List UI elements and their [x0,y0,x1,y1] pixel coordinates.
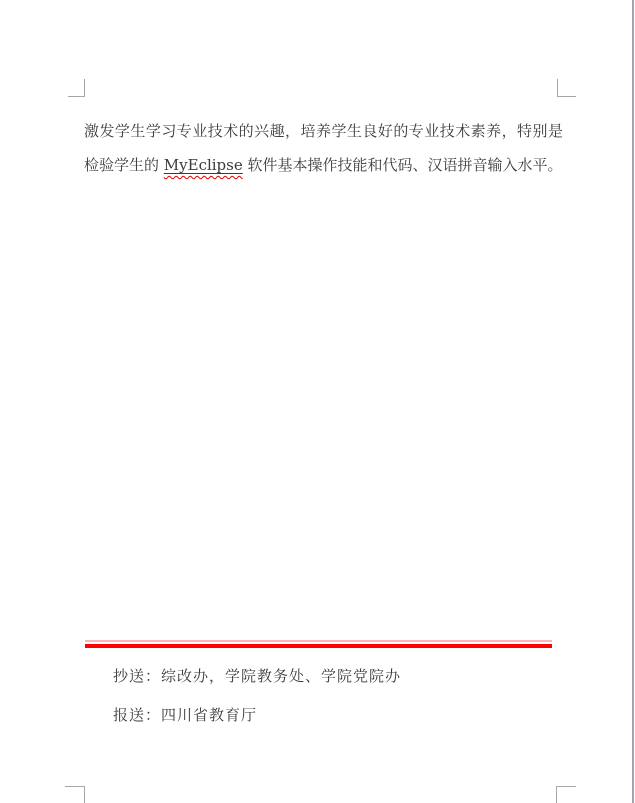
page-right-edge-line [632,0,634,803]
crop-mark-bottom-right [556,786,576,803]
red-rule-thick-line [85,644,552,648]
body-paragraph: 激发学生学习专业技术的兴趣，培养学生良好的专业技术素养，特别是检验学生的 MyE… [84,114,563,182]
crop-mark-bottom-left [65,786,85,803]
underlined-word: MyEclipse [164,156,243,174]
footer-cc-line: 抄送：综改办，学院教务处、学院党院办 [113,666,401,686]
body-text-after: 软件基本操作技能和代码、汉语拼音输入水平。 [243,156,563,174]
document-page: 激发学生学习专业技术的兴趣，培养学生良好的专业技术素养，特别是检验学生的 MyE… [0,0,635,803]
red-separator-rule [85,640,552,648]
footer-submit-line: 报送：四川省教育厅 [113,705,257,725]
crop-mark-top-right [557,79,576,97]
spellcheck-underline: MyEclipse [164,156,243,174]
crop-mark-top-left [68,79,85,97]
